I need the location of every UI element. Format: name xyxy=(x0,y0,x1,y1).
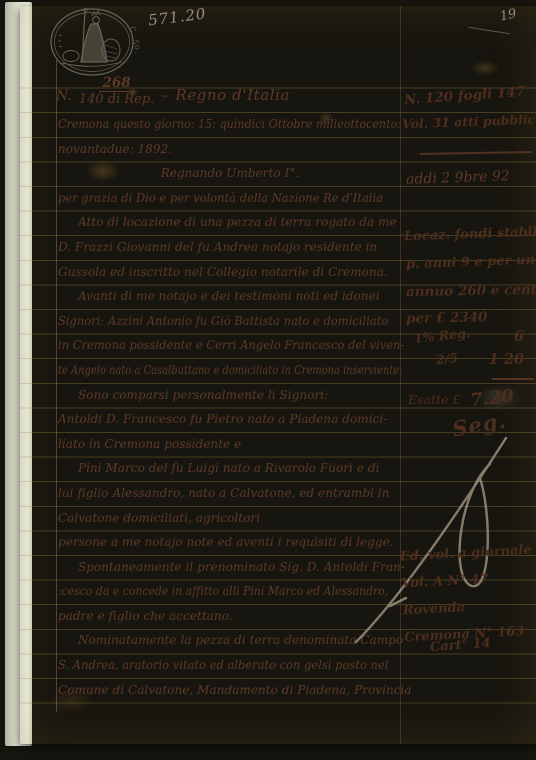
repertorio-n-label: N. xyxy=(56,88,72,107)
fee-label: 2/5 xyxy=(435,350,459,369)
fee-amount: 1 20 xyxy=(489,351,524,368)
body-line: per grazia di Dio e per volontà della Na… xyxy=(58,186,385,211)
fee-label: 1% Reg. xyxy=(413,325,471,348)
fee-row: 2/5 1 20 xyxy=(414,351,524,368)
body-line: Regnando Umberto I°. xyxy=(58,161,402,186)
body-line: Sono comparsi personalmente li Signori: xyxy=(58,383,402,408)
repertorio-fraction: 268 140 di Rep. xyxy=(79,76,155,107)
left-margin-rule xyxy=(56,60,57,712)
repertorio-denominator: 140 di Rep. xyxy=(79,92,155,107)
repertorio-number: 268 xyxy=(99,76,133,92)
fee-amount: 6 xyxy=(514,328,524,345)
margin-subject-line: per £ 2340 xyxy=(406,309,488,326)
body-line: S. Andrea, aratorio vitato ed alberato c… xyxy=(58,653,385,678)
fees-total-amount: 7.20 xyxy=(469,386,515,411)
fees-total-row: Esatte £ 7.20 xyxy=(408,388,514,409)
body-line: Gussola ed inscritto nel Collegio notari… xyxy=(58,260,402,285)
header-separator: – xyxy=(161,88,168,107)
body-line: Avanti di me notajo e dei testimoni noti… xyxy=(58,284,402,309)
body-line: :cesco da e concede in affitto alli Pini… xyxy=(58,579,368,604)
revenue-stamp-seal: C. 50. xyxy=(46,5,138,79)
figure-head xyxy=(93,17,100,24)
fee-sum-line xyxy=(492,378,534,380)
lion xyxy=(63,51,79,62)
realm-title: Regno d'Italia xyxy=(175,86,290,107)
margin-registration-block: Ed. vol. a giornale Vol. A N° 47 Rovenda… xyxy=(399,537,536,652)
body-line: te Angelo nato a Casalbuttano e domicili… xyxy=(58,358,340,383)
margin-subject-line: annuo 260 e cent xyxy=(406,282,536,300)
body-line: Comune di Calvatone, Mandamento di Piade… xyxy=(58,678,402,703)
body-line: novantadue: 1892. xyxy=(58,137,402,162)
body-line: Cremona questo giorno: 15: quindici Otto… xyxy=(58,112,374,137)
photographed-notarial-deed: C. 50. 571.20 19 N. 268 140 di Rep. – Re… xyxy=(0,0,536,760)
fee-row: 1% Reg. 6 xyxy=(414,328,524,345)
body-line: in Cremona possidente e Cerri Angelo Fra… xyxy=(58,333,385,358)
fees-total-label: Esatte £ xyxy=(408,392,460,407)
deed-header: N. 268 140 di Rep. – Regno d'Italia xyxy=(56,76,290,107)
body-line: Atto di locazione di una pezza di terra … xyxy=(58,210,402,235)
figure-crown xyxy=(92,11,100,16)
body-line: Signori: Azzini Antonio fu Giò Battista … xyxy=(58,309,385,334)
body-line: D. Frazzi Giovanni del fu Andrea notajo … xyxy=(58,235,402,260)
